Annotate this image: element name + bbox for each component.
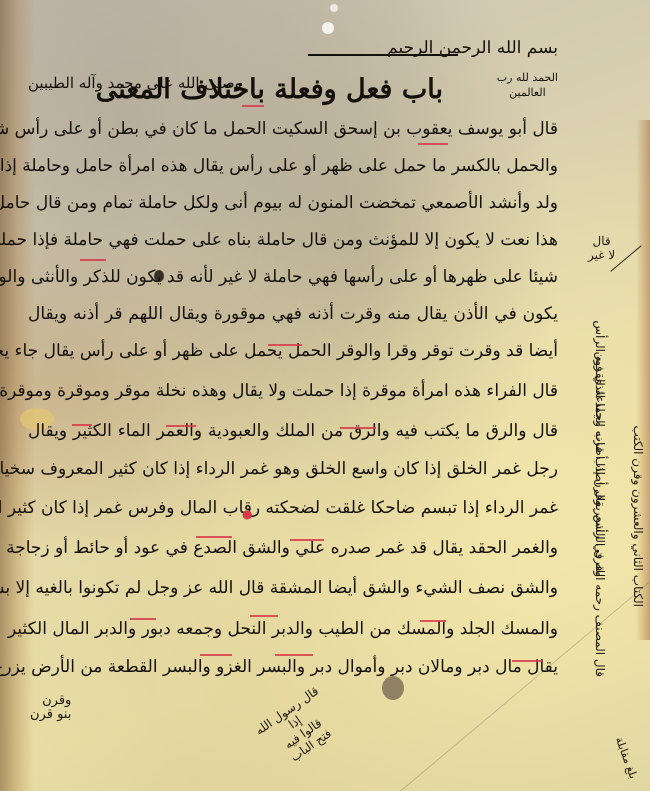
rubric-overline <box>340 427 376 429</box>
ink-blot <box>382 676 404 700</box>
rubric-overline <box>268 344 302 346</box>
rubric-overline <box>420 620 446 622</box>
paper-loss-spot <box>330 4 338 12</box>
rubric-overline <box>242 105 264 107</box>
text-line: والمسك الجلد والمسك من الطيب والدبر النح… <box>28 618 558 640</box>
margin-note-bottom-left: وقرن بنو قرن <box>30 694 71 722</box>
rubric-overline <box>72 424 92 426</box>
text-line: رجل غمر الخلق إذا كان واسع الخلق وهو غمر… <box>28 458 558 480</box>
rubric-overline <box>130 618 156 620</box>
collation-note: بلغ مقابلة <box>590 673 640 781</box>
text-line: ولد وأنشد الأصمعي تمخضت المنون له بيوم أ… <box>28 192 558 214</box>
text-line: قال الفراء هذه امرأة موقرة إذا حملت ولا … <box>28 380 558 402</box>
page-crease <box>400 579 650 791</box>
margin-gloss-vertical: الكتاب الثاني والعشرون وقرن الكتب <box>631 347 645 607</box>
text-line: هذا نعت لا يكون إلا للمؤنث ومن قال حاملة… <box>28 229 558 251</box>
rubric-overline <box>80 259 106 261</box>
basmala-extension-stroke <box>308 54 458 56</box>
rubric-overline <box>200 654 232 656</box>
rubric-overline <box>250 615 278 617</box>
margin-note-right-short: قال لا غير <box>588 234 615 262</box>
text-line: والشق نصف الشيء والشق أيضا المشقة قال ال… <box>28 577 558 599</box>
hamd-formula: الحمد لله رب العالمين <box>497 70 558 100</box>
paper-loss-spot <box>322 22 334 34</box>
text-line: قال والرق ما يكتب فيه والرق من الملك وال… <box>28 420 558 442</box>
manuscript-page: بسم الله الرحمن الرحيم الحمد لله رب العا… <box>0 0 650 791</box>
hamd-line: الحمد لله رب <box>497 70 558 85</box>
rubric-overline <box>166 425 196 427</box>
text-line: غمر الرداء إذا تبسم ضاحكا غلقت لضحكته رق… <box>28 497 558 519</box>
text-line: قال أبو يوسف يعقوب بن إسحق السكيت الحمل … <box>28 118 558 140</box>
margin-note-bottom-center: قال رسول الله إذا قالوا فيه فتح الباب <box>253 684 346 772</box>
chapter-heading-row: الحمد لله رب العالمين باب فعل وفعلة باخت… <box>28 66 558 114</box>
margin-note-line: لا غير <box>588 248 615 262</box>
rubric-dot: ● <box>242 507 252 521</box>
rubric-overline <box>196 536 232 538</box>
margin-gloss-vertical: وقرن الرأس يقال أصاب قرنه وجماعة القرون <box>593 337 607 577</box>
rubric-overline <box>275 654 313 656</box>
margin-note-line: بنو قرن <box>30 708 71 722</box>
rubric-overline <box>512 660 542 662</box>
rubric-overline <box>418 143 448 145</box>
text-line: والحمل بالكسر ما حمل على ظهر أو على رأس … <box>28 155 558 177</box>
text-line: يقال مال دبر ومالان دبر وأموال دبر والبس… <box>28 656 558 678</box>
text-line: يكون في الأذن يقال منه وقرت أذنه فهي موق… <box>28 303 558 325</box>
margin-note-line: وقرن <box>30 694 71 708</box>
salawat-formula: وصلى الله على محمد وآله الطيبين <box>28 74 242 92</box>
hamd-line: العالمين <box>497 85 558 100</box>
margin-note-line: قال <box>588 234 615 248</box>
rubric-overline <box>290 539 324 541</box>
text-line: شيئا على ظهرها أو على رأسها فهي حاملة لا… <box>28 266 558 288</box>
